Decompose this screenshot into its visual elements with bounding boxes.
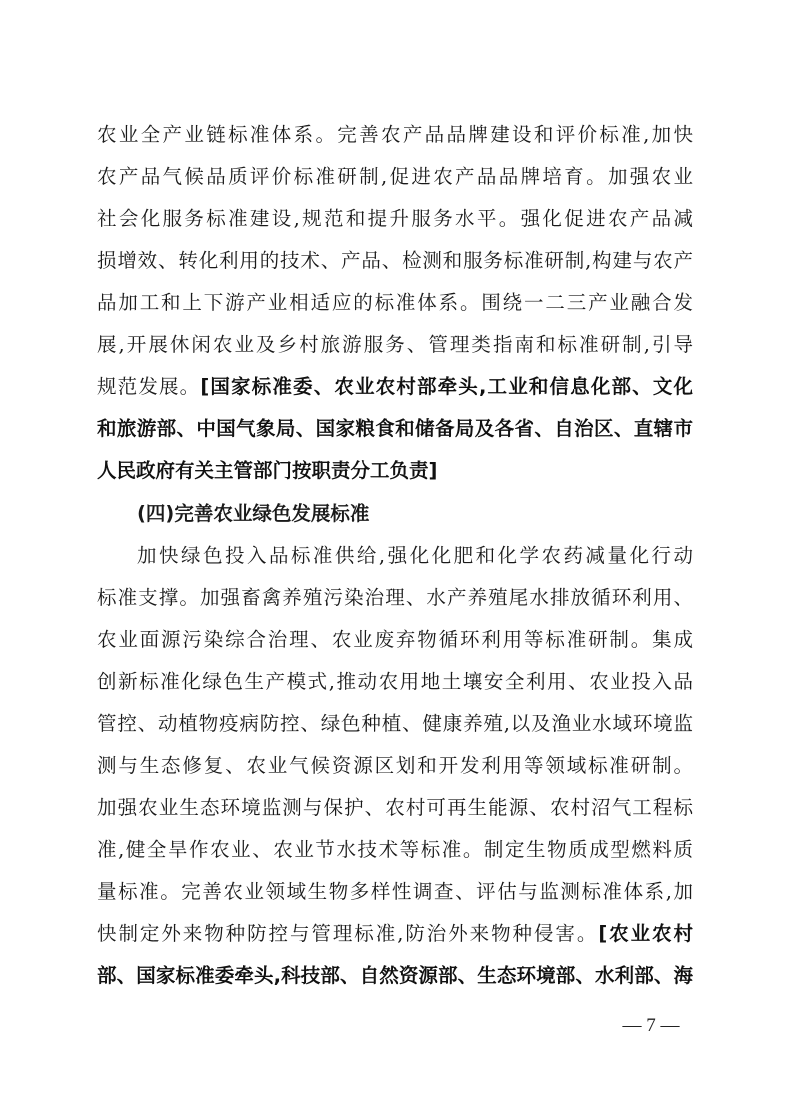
text-run: 标准支撑。加强畜禽养殖污染治理、水产养殖尾水排放循环利用、 [97,586,693,609]
body-line-14: 创新标准化绿色生产模式,推动农用地土壤安全利用、农业投入品 [97,667,693,697]
body-line-12: 标准支撑。加强畜禽养殖污染治理、水产养殖尾水排放循环利用、 [97,583,693,613]
text-run: 农产品气候品质评价标准研制,促进农产品品牌培育。加强农业 [97,165,693,188]
text-run: 展,开展休闲农业及乡村旅游服务、管理类指南和标准研制,引导 [97,333,693,356]
text-run: 测与生态修复、农业气候资源区划和开发利用等领域标准研制。 [97,754,693,777]
body-line-18: 准,健全旱作农业、农业节水技术等标准。制定生物质成型燃料质 [97,835,693,865]
text-run: 管控、动植物疫病防控、绿色种植、健康养殖,以及渔业水域环境监 [97,712,693,735]
responsible-departments-note: [国家标准委、农业农村部牵头,工业和信息化部、文化 [200,375,693,398]
body-line-9: 人民政府有关主管部门按职责分工负责] [97,456,693,486]
body-line-11: 加快绿色投入品标准供给,强化化肥和化学农药减量化行动 [137,541,693,571]
section-heading: (四)完善农业绿色发展标准 [137,499,693,529]
body-line-20: 快制定外来物种防控与管理标准,防治外来物种侵害。[农业农村 [97,919,693,949]
text-run: 创新标准化绿色生产模式,推动农用地土壤安全利用、农业投入品 [97,670,693,693]
body-line-16: 测与生态修复、农业气候资源区划和开发利用等领域标准研制。 [97,751,693,781]
body-line-13: 农业面源污染综合治理、农业废弃物循环利用等标准研制。集成 [97,625,693,655]
body-line-7: 规范发展。[国家标准委、农业农村部牵头,工业和信息化部、文化 [97,372,693,402]
text-run: 农业面源污染综合治理、农业废弃物循环利用等标准研制。集成 [97,628,693,651]
text-run: 快制定外来物种防控与管理标准,防治外来物种侵害。 [97,922,598,945]
text-run: 品加工和上下游产业相适应的标准体系。围绕一二三产业融合发 [97,291,693,314]
body-line-6: 展,开展休闲农业及乡村旅游服务、管理类指南和标准研制,引导 [97,330,693,360]
responsible-departments-note: 人民政府有关主管部门按职责分工负责] [97,459,437,482]
body-line-1: 农业全产业链标准体系。完善农产品品牌建设和评价标准,加快 [97,120,693,150]
text-run: 社会化服务标准建设,规范和提升服务水平。强化促进农产品减 [97,207,693,230]
text-run: 准,健全旱作农业、农业节水技术等标准。制定生物质成型燃料质 [97,838,693,861]
responsible-departments-note: 和旅游部、中国气象局、国家粮食和储备局及各省、自治区、直辖市 [97,417,693,440]
responsible-departments-note: 部、国家标准委牵头,科技部、自然资源部、生态环境部、水利部、海 [97,964,693,987]
text-run: 加快绿色投入品标准供给,强化化肥和化学农药减量化行动 [137,544,693,567]
body-line-17: 加强农业生态环境监测与保护、农村可再生能源、农村沼气工程标 [97,793,693,823]
section-heading-text: (四)完善农业绿色发展标准 [137,502,369,525]
responsible-departments-note: [农业农村 [598,922,693,945]
body-line-21: 部、国家标准委牵头,科技部、自然资源部、生态环境部、水利部、海 [97,961,693,991]
text-run: 农业全产业链标准体系。完善农产品品牌建设和评价标准,加快 [97,123,693,146]
document-page: 农业全产业链标准体系。完善农产品品牌建设和评价标准,加快 农产品气候品质评价标准… [0,0,792,1119]
body-line-3: 社会化服务标准建设,规范和提升服务水平。强化促进农产品减 [97,204,693,234]
text-run: 损增效、转化利用的技术、产品、检测和服务标准研制,构建与农产 [97,249,693,272]
text-run: 加强农业生态环境监测与保护、农村可再生能源、农村沼气工程标 [97,796,693,819]
body-line-19: 量标准。完善农业领域生物多样性调查、评估与监测标准体系,加 [97,877,693,907]
text-run: 规范发展。 [97,375,200,398]
body-line-5: 品加工和上下游产业相适应的标准体系。围绕一二三产业融合发 [97,288,693,318]
text-run: 量标准。完善农业领域生物多样性调查、评估与监测标准体系,加 [97,880,693,903]
page-number: — 7 — [606,1012,696,1040]
body-line-8: 和旅游部、中国气象局、国家粮食和储备局及各省、自治区、直辖市 [97,414,693,444]
body-line-4: 损增效、转化利用的技术、产品、检测和服务标准研制,构建与农产 [97,246,693,276]
body-line-2: 农产品气候品质评价标准研制,促进农产品品牌培育。加强农业 [97,162,693,192]
body-line-15: 管控、动植物疫病防控、绿色种植、健康养殖,以及渔业水域环境监 [97,709,693,739]
